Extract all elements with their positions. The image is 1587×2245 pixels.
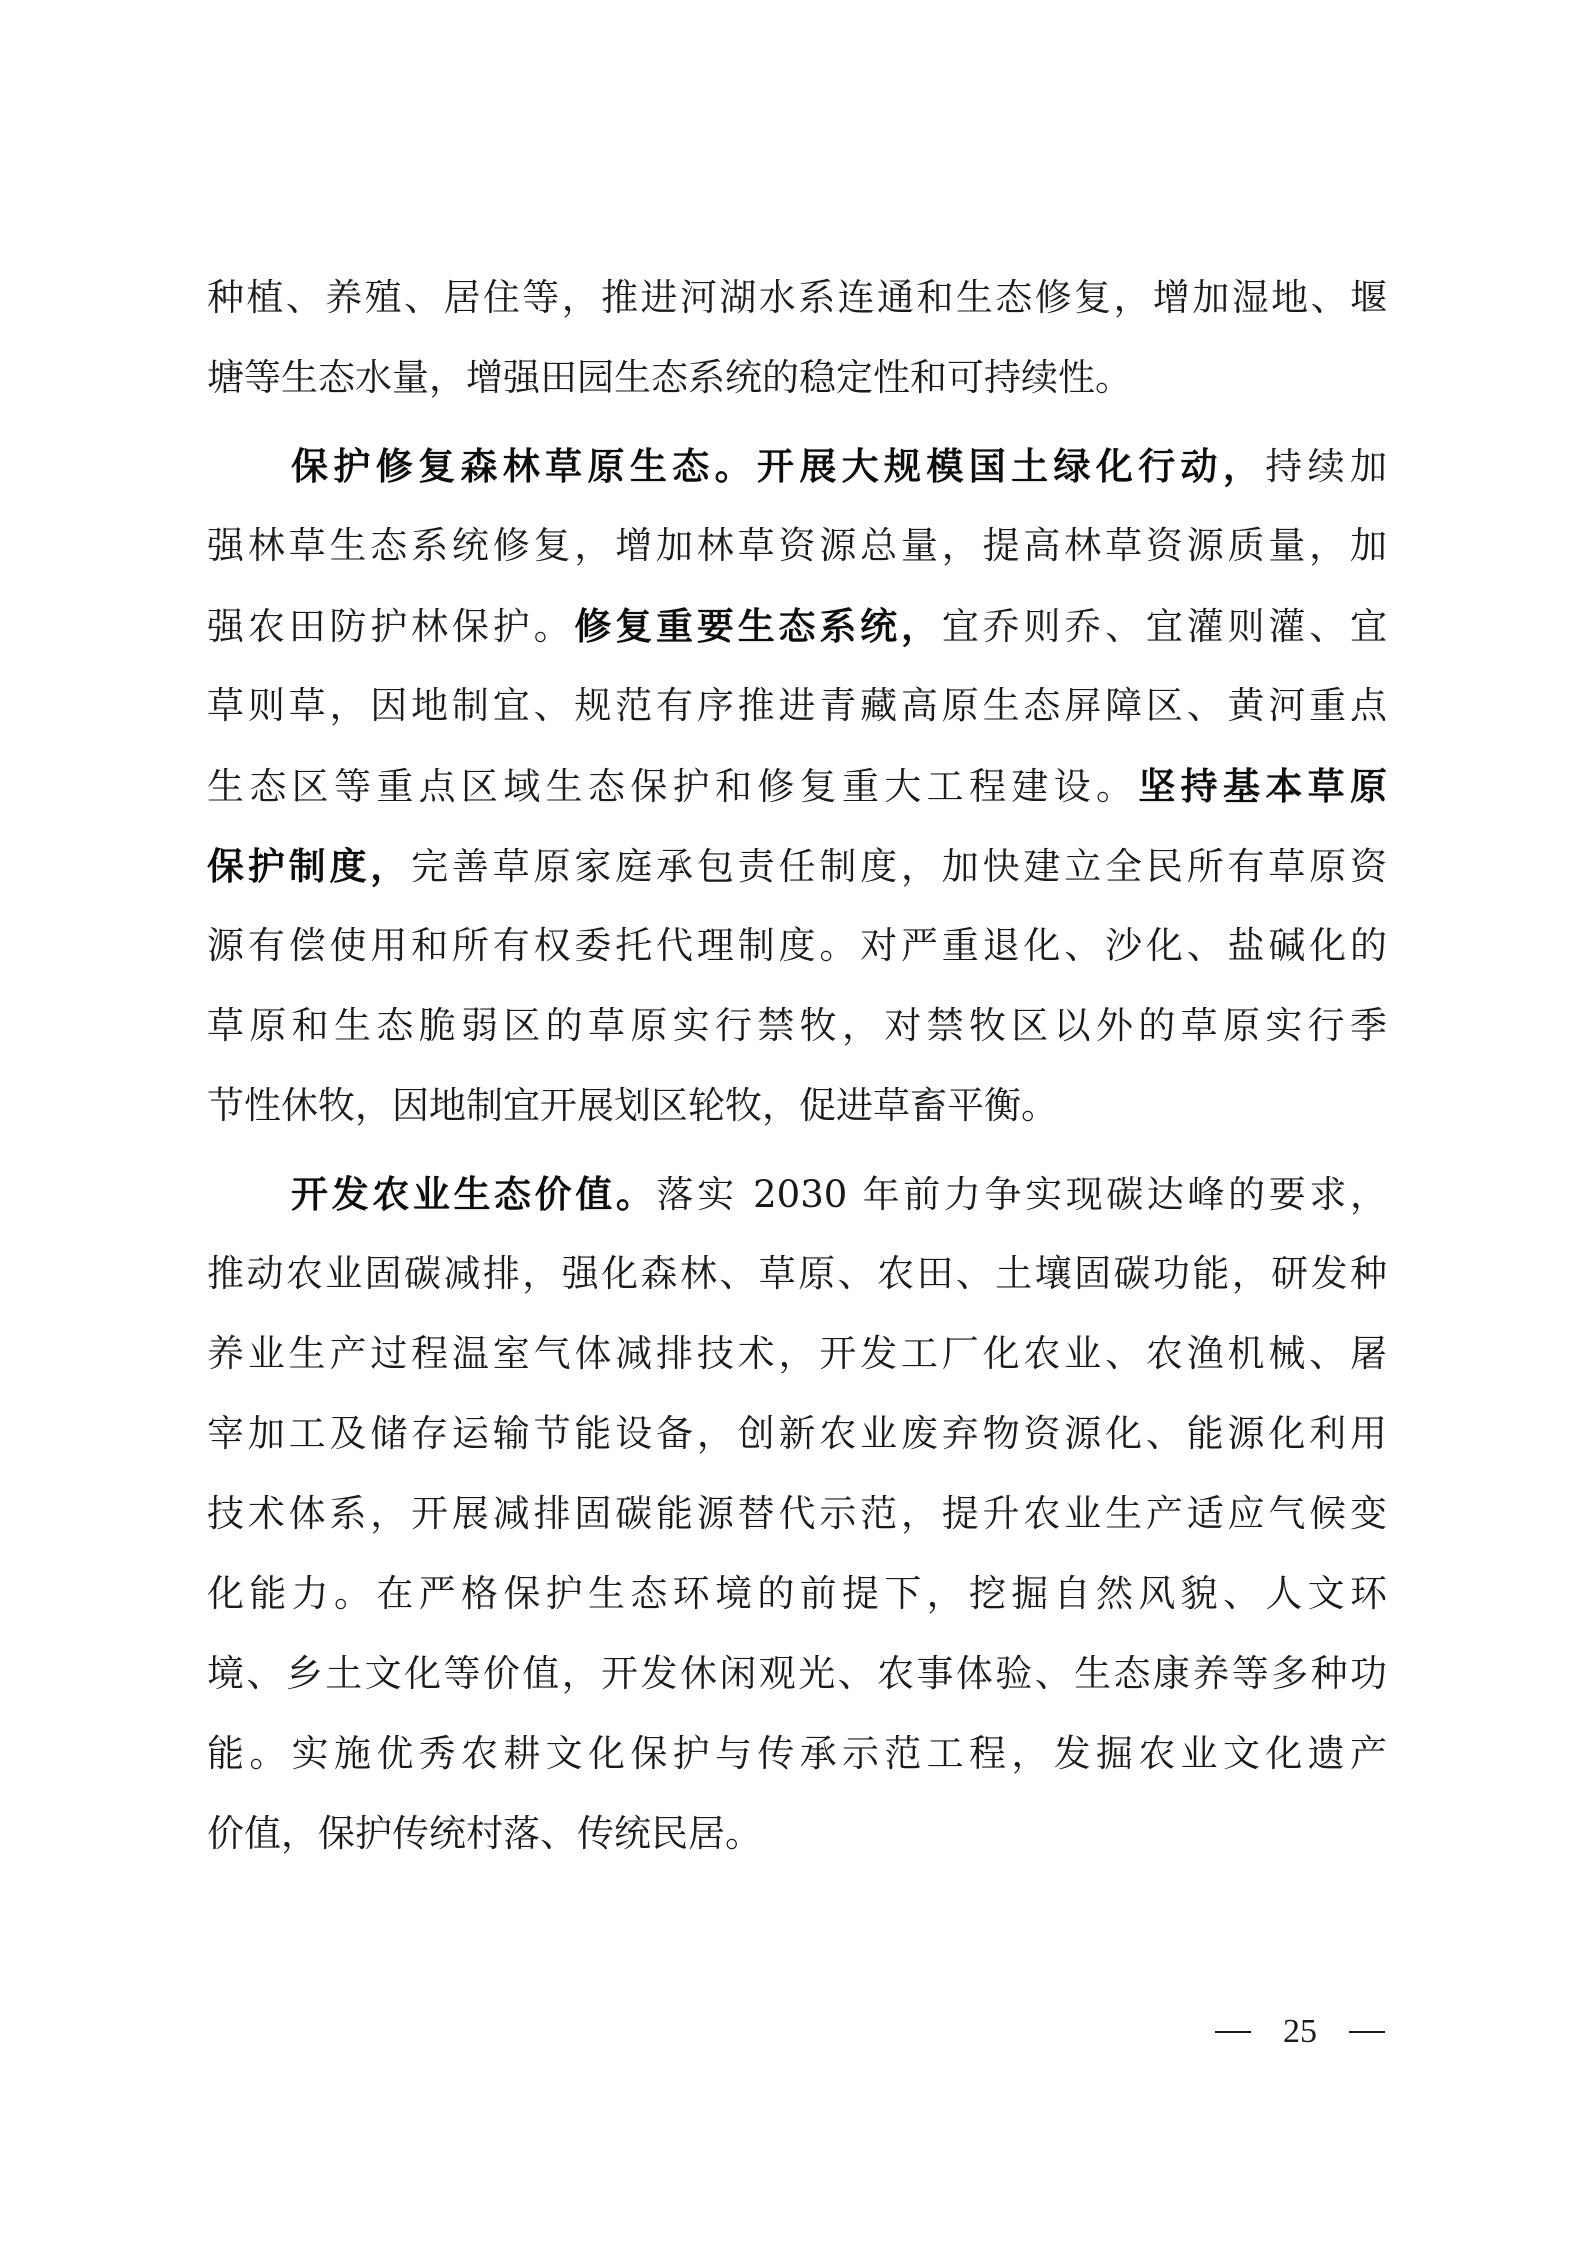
bold-heading: 坚持基本草原 [1138, 764, 1387, 808]
bold-heading: 保护制度， [207, 844, 411, 888]
text-line: 能。实施优秀农耕文化保护与传承示范工程，发掘农业文化遗产 [207, 1714, 1387, 1794]
text-line: 生态区等重点区域生态保护和修复重大工程建设。坚持基本草原 [207, 746, 1387, 826]
bold-heading: 开发农业生态价值。 [291, 1172, 657, 1216]
text-line: 草则草，因地制宜、规范有序推进青藏高原生态屏障区、黄河重点 [207, 666, 1387, 746]
text-line: 宰加工及储存运输节能设备，创新农业废弃物资源化、能源化利用 [207, 1394, 1387, 1474]
text-run: 落实 2030 年前力争实现碳达峰的要求， [657, 1173, 1387, 1216]
text-run: 塘等生态水量，增强田园生态系统的稳定性和可持续性。 [207, 356, 1132, 399]
text-line: 强林草生态系统修复，增加林草资源总量，提高林草资源质量，加 [207, 506, 1387, 586]
text-line: 塘等生态水量，增强田园生态系统的稳定性和可持续性。 [207, 338, 1387, 418]
text-run: 价值，保护传统村落、传统民居。 [207, 1812, 762, 1855]
text-line: 化能力。在严格保护生态环境的前提下，挖掘自然风貌、人文环 [207, 1554, 1387, 1634]
text-run: 草则草，因地制宜、规范有序推进青藏高原生态屏障区、黄河重点 [207, 684, 1387, 727]
text-run: 推动农业固碳减排，强化森林、草原、农田、土壤固碳功能，研发种 [207, 1252, 1387, 1295]
text-run: 境、乡土文化等价值，开发休闲观光、农事体验、生态康养等多种功 [207, 1652, 1387, 1695]
text-run: 生态区等重点区域生态保护和修复重大工程建设。 [207, 765, 1138, 808]
text-line: 保护制度，完善草原家庭承包责任制度，加快建立全民所有草原资 [207, 826, 1387, 906]
bold-heading: 保护修复森林草原生态。开展大规模国土绿化行动， [291, 444, 1265, 488]
text-run: 草原和生态脆弱区的草原实行禁牧，对禁牧区以外的草原实行季 [207, 1004, 1387, 1047]
text-line: 养业生产过程温室气体减排技术，开发工厂化农业、农渔机械、屠 [207, 1314, 1387, 1394]
text-line: 节性休牧，因地制宜开展划区轮牧，促进草畜平衡。 [207, 1066, 1387, 1146]
text-run: 节性休牧，因地制宜开展划区轮牧，促进草畜平衡。 [207, 1084, 1058, 1127]
text-run: 技术体系，开展减排固碳能源替代示范，提升农业生产适应气候变 [207, 1492, 1387, 1535]
text-run: 源有偿使用和所有权委托代理制度。对严重退化、沙化、盐碱化的 [207, 924, 1387, 967]
text-line: 保护修复森林草原生态。开展大规模国土绿化行动，持续加 [207, 426, 1387, 506]
text-line: 开发农业生态价值。落实 2030 年前力争实现碳达峰的要求， [207, 1154, 1387, 1234]
page-number-footer: 25 [1215, 2012, 1385, 2052]
paragraph-forest-grassland: 保护修复森林草原生态。开展大规模国土绿化行动，持续加 强林草生态系统修复，增加林… [207, 426, 1387, 1146]
document-body: 种植、养殖、居住等，推进河湖水系连通和生态修复，增加湿地、堰 塘等生态水量，增强… [207, 258, 1387, 1874]
text-line: 推动农业固碳减排，强化森林、草原、农田、土壤固碳功能，研发种 [207, 1234, 1387, 1314]
text-run: 宰加工及储存运输节能设备，创新农业废弃物资源化、能源化利用 [207, 1412, 1387, 1455]
text-run: 化能力。在严格保护生态环境的前提下，挖掘自然风貌、人文环 [207, 1572, 1387, 1615]
paragraph-agri-ecology-value: 开发农业生态价值。落实 2030 年前力争实现碳达峰的要求， 推动农业固碳减排，… [207, 1154, 1387, 1874]
dash-left-icon [1215, 2031, 1251, 2033]
text-run: 宜乔则乔、宜灌则灌、宜 [942, 605, 1387, 648]
text-line: 强农田防护林保护。修复重要生态系统，宜乔则乔、宜灌则灌、宜 [207, 586, 1387, 666]
dash-right-icon [1349, 2031, 1385, 2033]
text-run: 完善草原家庭承包责任制度，加快建立全民所有草原资 [411, 845, 1387, 888]
bold-heading: 修复重要生态系统， [574, 604, 941, 648]
text-run: 强林草生态系统修复，增加林草资源总量，提高林草资源质量，加 [207, 524, 1387, 567]
text-run: 持续加 [1265, 445, 1387, 488]
paragraph-ecology-water: 种植、养殖、居住等，推进河湖水系连通和生态修复，增加湿地、堰 塘等生态水量，增强… [207, 258, 1387, 418]
text-run: 养业生产过程温室气体减排技术，开发工厂化农业、农渔机械、屠 [207, 1332, 1387, 1375]
text-line: 源有偿使用和所有权委托代理制度。对严重退化、沙化、盐碱化的 [207, 906, 1387, 986]
page-number: 25 [1283, 2012, 1317, 2052]
text-line: 价值，保护传统村落、传统民居。 [207, 1794, 1387, 1874]
text-line: 技术体系，开展减排固碳能源替代示范，提升农业生产适应气候变 [207, 1474, 1387, 1554]
text-line: 种植、养殖、居住等，推进河湖水系连通和生态修复，增加湿地、堰 [207, 258, 1387, 338]
text-run: 强农田防护林保护。 [207, 605, 574, 648]
text-run: 种植、养殖、居住等，推进河湖水系连通和生态修复，增加湿地、堰 [207, 276, 1387, 319]
text-line: 草原和生态脆弱区的草原实行禁牧，对禁牧区以外的草原实行季 [207, 986, 1387, 1066]
text-run: 能。实施优秀农耕文化保护与传承示范工程，发掘农业文化遗产 [207, 1732, 1387, 1775]
text-line: 境、乡土文化等价值，开发休闲观光、农事体验、生态康养等多种功 [207, 1634, 1387, 1714]
